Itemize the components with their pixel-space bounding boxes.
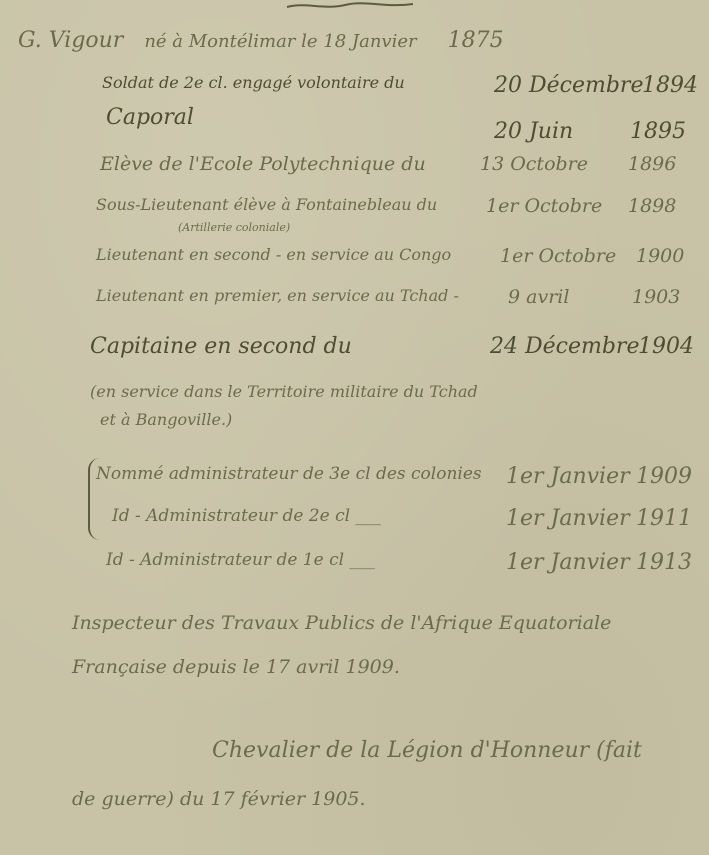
honour-line-1: Chevalier de la Légion d'Honneur (fait	[212, 740, 642, 762]
admin-date: 1er Janvier	[506, 552, 630, 574]
person-name: G. Vigour	[18, 28, 123, 53]
career-year: 1898	[628, 197, 676, 216]
career-year: 1895	[630, 121, 686, 143]
admin-title: Id - Administrateur de 2e cl ___	[112, 508, 381, 525]
admin-year: 1911	[636, 508, 692, 530]
career-year: 1894	[642, 75, 698, 97]
career-date: 20 Décembre	[494, 75, 643, 97]
career-title: Capitaine en second du	[90, 336, 352, 358]
artillery-annotation: (Artillerie coloniale)	[178, 222, 290, 233]
career-date: 1er Octobre	[500, 247, 616, 266]
birth-text: né à Montélimar le 18 Janvier	[144, 31, 416, 52]
career-title: Soldat de 2e cl. engagé volontaire du	[102, 75, 405, 91]
admin-year: 1913	[636, 552, 692, 574]
career-date: 20 Juin	[494, 121, 573, 143]
admin-title: Nommé administrateur de 3e cl des coloni…	[96, 466, 482, 483]
service-note-line-2: et à Bangoville.)	[100, 412, 232, 428]
career-title: Lieutenant en second - en service au Con…	[96, 247, 451, 263]
career-date: 1er Octobre	[486, 197, 602, 216]
inspector-line-1: Inspecteur des Travaux Publics de l'Afri…	[72, 614, 611, 633]
admin-date: 1er Janvier	[506, 466, 630, 488]
honour-line-2: de guerre) du 17 février 1905.	[72, 790, 366, 809]
career-title: Caporal	[106, 107, 194, 129]
handwritten-service-record: G. Vigour né à Montélimar le 18 Janvier …	[0, 0, 709, 855]
career-title: Sous-Lieutenant élève à Fontainebleau du	[96, 197, 437, 213]
birth-year: 1875	[448, 28, 504, 53]
career-year: 1900	[636, 247, 684, 266]
career-year: 1896	[628, 155, 676, 174]
inspector-line-2: Française depuis le 17 avril 1909.	[72, 658, 400, 677]
career-date: 9 avril	[508, 288, 569, 307]
admin-year: 1909	[636, 466, 692, 488]
career-title: Elève de l'Ecole Polytechnique du	[100, 155, 426, 174]
career-year: 1903	[632, 288, 680, 307]
admin-date: 1er Janvier	[506, 508, 630, 530]
career-title: Lieutenant en premier, en service au Tch…	[96, 288, 459, 304]
service-note-line-1: (en service dans le Territoire militaire…	[90, 384, 478, 400]
header-flourish	[285, 0, 415, 12]
header-line: G. Vigour né à Montélimar le 18 Janvier …	[18, 30, 504, 52]
career-year: 1904	[638, 336, 694, 358]
career-date: 24 Décembre	[490, 336, 639, 358]
admin-title: Id - Administrateur de 1e cl ___	[106, 552, 375, 569]
career-date: 13 Octobre	[480, 155, 588, 174]
